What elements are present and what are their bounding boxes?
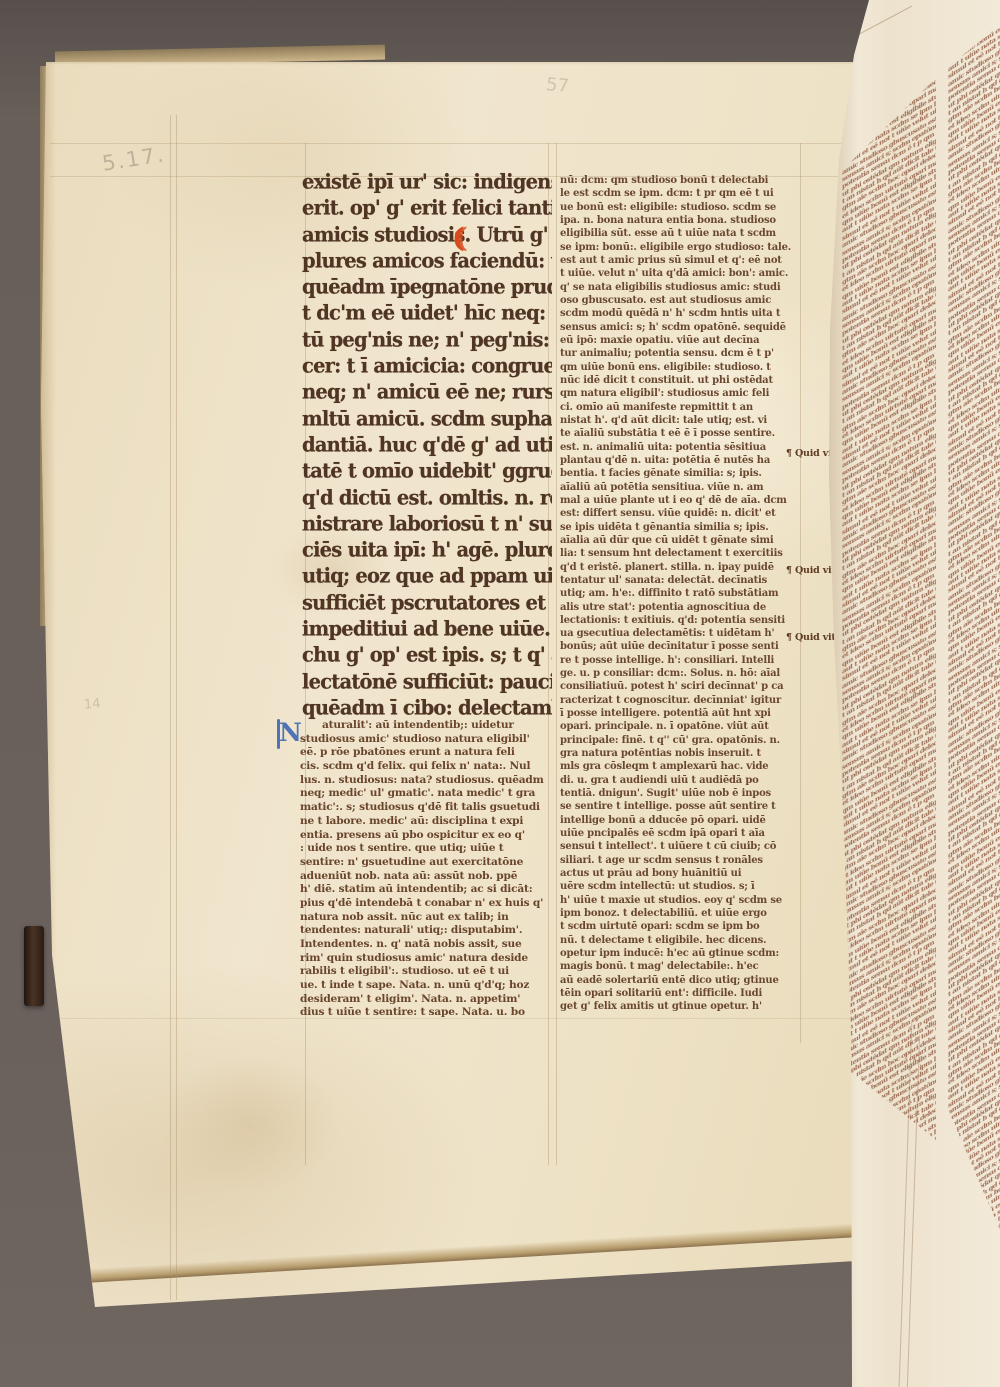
manuscript-text-line: neq; n' amicū eē ne; rursus bbox=[302, 380, 552, 407]
manuscript-text-line: nistat h'. q'd aūt dicit: tale utiq; est… bbox=[560, 415, 804, 428]
manuscript-text-line: eū ipō: maxie opatiu. viūe aut decīna bbox=[560, 335, 804, 348]
manuscript-text-line: quēadm īpegnatōne prudē bbox=[302, 275, 552, 302]
next-folio-overlay: gtm aīe scdm hoc opari delectabile bonū … bbox=[828, 0, 1000, 1387]
manuscript-text-line: natura nob assit. nūc aut ex talib; in bbox=[300, 911, 558, 925]
manuscript-text-line: h' uiūe t maxie ut studios. eoy q' scdm … bbox=[560, 895, 804, 908]
manuscript-text-line: matic':. s; studiosus q'dē fit talis gsu… bbox=[300, 801, 558, 815]
manuscript-text-line: q' se nata eligibilis studiosus amic: st… bbox=[560, 282, 804, 295]
manuscript-text-line: pius q'dē intendebā t conabar n' ex huis… bbox=[300, 897, 558, 911]
manuscript-text-line: alis utre stat': potentia agnoscitiua de bbox=[560, 602, 804, 615]
manuscript-text-line: siliari. t age ur scdm sensus t ronāles bbox=[560, 855, 804, 868]
manuscript-text-line: sentire: n' gsuetudine aut exercitatōne bbox=[300, 856, 558, 870]
manuscript-text-line: nū: dcm: qm studioso bonū t delectabi bbox=[560, 175, 804, 188]
ruling-line bbox=[176, 115, 177, 1300]
manuscript-text-line: ī posse intelligere. potentiā aūt hnt xp… bbox=[560, 708, 804, 721]
manuscript-text-line: le est scdm se ipm. dcm: t pr qm eē t ui bbox=[560, 188, 804, 201]
manuscript-text-line: se sentire t intellige. posse aūt sentir… bbox=[560, 801, 804, 814]
manuscript-text-line: ipm bonoz. t delectabiliū. et uiūe ergo bbox=[560, 908, 804, 921]
manuscript-text-line: mltū amicū. scdm suphabū bbox=[302, 407, 552, 434]
manuscript-text-line: gra natura potēntias nobis inseruit. t bbox=[560, 748, 804, 761]
manuscript-text-line: t uiūe. velut n' uita q'dā amici: bon': … bbox=[560, 268, 804, 281]
manuscript-text-line: aū eadē solertariū entē dico utiq; gtinu… bbox=[560, 975, 804, 988]
manuscript-text-line: tur animaliu; potentia sensu. dcm ē t p' bbox=[560, 348, 804, 361]
page-bottom-edge bbox=[50, 1222, 879, 1285]
manuscript-text-line: entia. presens aū pbo ospicitur ex eo q' bbox=[300, 829, 558, 843]
text-column-right-dense: nū: dcm: qm studioso bonū t delectabile … bbox=[560, 175, 804, 1015]
manuscript-text-line: ue bonū est: eligibile: studioso. scdm s… bbox=[560, 202, 804, 215]
manuscript-text-line: nistrare laboriosū t n' suffi bbox=[302, 512, 552, 539]
rubricated-initial-mark: ( bbox=[452, 225, 465, 252]
manuscript-text-line: oso gbuscusato. est aut studiosus amic bbox=[560, 295, 804, 308]
parchment-stain bbox=[160, 1055, 340, 1195]
manuscript-text-line: dius t uiūe t sentire: t sape. Nata. u. … bbox=[300, 1006, 558, 1020]
ruling-line bbox=[170, 115, 171, 1300]
manuscript-text-line: plantau q'dē n. uita: potētia ē nutēs ha bbox=[560, 455, 804, 468]
manuscript-text-line: aturalit': aū intendentib;: uidetur bbox=[300, 719, 558, 733]
manuscript-text-line: eligibilia sūt. esse aū t uiūe nata t sc… bbox=[560, 228, 804, 241]
manuscript-text-line: impeditiui ad bene uiūe. si bbox=[302, 617, 552, 644]
manuscript-text-line: tentiā. dnigun'. Sugit' uiūe nob ē inpos bbox=[560, 788, 804, 801]
manuscript-text-line: uēre scdm intellectū: ut studios. s; ī bbox=[560, 881, 804, 894]
manuscript-text-line: cer: t ī amicicia: congruet. bbox=[302, 354, 552, 381]
manuscript-text-line: re t posse intellige. h': consiliari. In… bbox=[560, 655, 804, 668]
ruling-line bbox=[50, 143, 865, 144]
manuscript-text-line: rim' quin studiosus amic' natura deside bbox=[300, 952, 558, 966]
manuscript-text-line: bentia. t facies gēnate similia: s; ipis… bbox=[560, 468, 804, 481]
manuscript-text-line: ne t labore. medic' aū: disciplina t exp… bbox=[300, 815, 558, 829]
pencil-quire-mark: 57 bbox=[545, 74, 570, 97]
manuscript-text-line: consiliatiuū. potest h' sciri decīnnat' … bbox=[560, 681, 804, 694]
manuscript-page-verso: 5.17. 57 14 existē ipī ur' sic: indigens… bbox=[40, 55, 872, 1325]
manuscript-text-line: t dc'm eē uidet' hīc neq: mul bbox=[302, 301, 552, 328]
manuscript-text-line: lus. n. studiosus: nata? studiosus. quēa… bbox=[300, 774, 558, 788]
manuscript-text-line: get g' felix amitis ut gtinue opetur. h' bbox=[560, 1001, 804, 1014]
manuscript-text-line: tēin opari solitariū ent': difficile. Iu… bbox=[560, 988, 804, 1001]
manuscript-text-line: principale: finē. t q'' cū' gra. opatōni… bbox=[560, 735, 804, 748]
manuscript-text-line: lectationis: t exitiuis. q'd: potentia s… bbox=[560, 615, 804, 628]
manuscript-text-line: ciēs uita ipī: h' agē. plures bbox=[302, 538, 552, 565]
manuscript-text-line: mls gra cōsleqm t amplexarū hac. vide bbox=[560, 761, 804, 774]
manuscript-text-line: studiosus amic' studioso natura eligibil… bbox=[300, 733, 558, 747]
manuscript-text-line: neq; medic' ul' gmatic'. nata medic' t g… bbox=[300, 787, 558, 801]
manuscript-text-line: sufficiēt pscrutatores et bbox=[302, 591, 552, 618]
manuscript-text-line: se ipis uidēta t gēnantia similia s; ipi… bbox=[560, 522, 804, 535]
manuscript-text-line: qm uiūe bonū ens. eligibile: studioso. t bbox=[560, 362, 804, 375]
manuscript-text-line: bonūs; aūt uiūe decīnitatur ī posse sent… bbox=[560, 641, 804, 654]
manuscript-text-line: racterizat t cognoscitur. decīnniat' igi… bbox=[560, 695, 804, 708]
overlay-text-column-2: gtm aīe scdm hoc opari delectabile bonū … bbox=[948, 25, 1000, 1230]
blue-initial-letter: N bbox=[279, 720, 302, 745]
manuscript-text-line: uiūe pncipalēs eē scdm ipā opari t aīa bbox=[560, 828, 804, 841]
manuscript-photo: 5.17. 57 14 existē ipī ur' sic: indigens… bbox=[0, 0, 1000, 1387]
manuscript-text-line: magis bonū. t mag' delectabile:. h'ec bbox=[560, 961, 804, 974]
manuscript-text-line: lectatōnē sufficiūt: pauci. bbox=[302, 670, 552, 697]
text-column-left-small: aturalit': aū intendentib;: uideturstudi… bbox=[300, 719, 558, 1020]
overlay-text-line: potentia sensu dcm ē t p qm uiūe bonū en… bbox=[948, 1224, 1000, 1230]
manuscript-text-line: est: differt sensu. viūe quidē: n. dicit… bbox=[560, 508, 804, 521]
manuscript-text-line: se ipm: bonū:. eligibile ergo studioso: … bbox=[560, 242, 804, 255]
manuscript-text-line: te aīaliū substātia t eē ē ī posse senti… bbox=[560, 428, 804, 441]
manuscript-text-line: sensus amici: s; h' scdm opatōnē. sequid… bbox=[560, 322, 804, 335]
manuscript-text-line: : uide nos t sentire. que utiq; uiūe t bbox=[300, 842, 558, 856]
manuscript-text-line: adueniūt nob. nata aū: assūt nob. ppē bbox=[300, 870, 558, 884]
manuscript-text-line: tentatur ul' sanata: delectāt. decīnatis bbox=[560, 575, 804, 588]
manuscript-text-line: q'd dictū est. omltis. n. remi bbox=[302, 486, 552, 513]
overlay-text-column-1: gtm aīe scdm hoc opari delectabile bonū … bbox=[842, 78, 936, 1140]
overlay-text-line: sensus amici s; scdm opatōnē sequidē eū … bbox=[948, 1217, 1000, 1230]
manuscript-text-line: dantiā. huc q'dē g' ad utili bbox=[302, 433, 552, 460]
manuscript-text-line: opari. principale. n. ī opatōne. viūt aū… bbox=[560, 721, 804, 734]
manuscript-text-line: existē ipī ur' sic: indigens bbox=[302, 170, 552, 197]
manuscript-text-line: nū. t delectame t eligibile. hec dicens. bbox=[560, 935, 804, 948]
manuscript-text-line: ipa. n. bona natura entia bona. studioso bbox=[560, 215, 804, 228]
manuscript-text-line: tatē t omīo uidebit' ggruē: bbox=[302, 459, 552, 486]
text-column-left-large: existē ipī ur' sic: indigenserit. op' g'… bbox=[302, 170, 552, 722]
manuscript-text-line: mal a uiūe plante ut i eo q' dē de aīa. … bbox=[560, 495, 804, 508]
manuscript-text-line: amicis studiosis. Utrū g' bbox=[302, 223, 552, 250]
manuscript-text-line: sensui t intellect'. t uiūere t cū ciuib… bbox=[560, 841, 804, 854]
manuscript-text-line: ci. omīo aū manifeste repmittit t an bbox=[560, 402, 804, 415]
manuscript-text-line: cis. scdm q'd felix. qui felix n' nata:.… bbox=[300, 760, 558, 774]
overlay-text-line: amic studioso gbuscusato est aut studios… bbox=[948, 1209, 1000, 1230]
manuscript-text-line: lia: t sensum hnt delectament t exerciti… bbox=[560, 548, 804, 561]
manuscript-text-line: nūc idē dicit t constituit. ut phi ostēd… bbox=[560, 375, 804, 388]
pencil-margin-number: 14 bbox=[83, 696, 101, 712]
manuscript-text-line: scdm modū quēdā n' h' scdm hntis uita t bbox=[560, 308, 804, 321]
manuscript-text-line: est. n. animaliū uita: potentia sēsitiua bbox=[560, 442, 804, 455]
manuscript-text-line: plures amicos faciendū: ur' bbox=[302, 249, 552, 276]
manuscript-text-line: erit. op' g' erit felici tanti: bbox=[302, 196, 552, 223]
page-corner-edge bbox=[850, 6, 912, 40]
manuscript-text-line: aīalia aū dūr que cū uidēt t gēnate simi bbox=[560, 535, 804, 548]
manuscript-text-line: eē. p rōe pbatōnes erunt a natura feli bbox=[300, 746, 558, 760]
manuscript-text-line: chu g' op' est ipis. s; t q' ad de bbox=[302, 643, 552, 670]
manuscript-text-line: rabilis t eligibil':. studioso. ut eē t … bbox=[300, 965, 558, 979]
manuscript-text-line: ge. u. p consiliar: dcm:. Solus. n. hō: … bbox=[560, 668, 804, 681]
overlay-text-block: gtm aīe scdm hoc opari delectabile bonū … bbox=[948, 25, 1000, 1230]
manuscript-text-line: ua gsecutiua delectamētis: t uidētam h' bbox=[560, 628, 804, 641]
manuscript-text-line: tendentes: naturali' utiq;: disputabim'. bbox=[300, 924, 558, 938]
manuscript-text-line: desideram' t eligim'. Nata. n. appetim' bbox=[300, 993, 558, 1007]
manuscript-text-line: Intendentes. n. q' natā nobis assit, sue bbox=[300, 938, 558, 952]
manuscript-text-line: di. u. gra t audiendi uiū t audiēdā po bbox=[560, 775, 804, 788]
manuscript-text-line: utiq; am. h'e:. diffinito t ratō substāt… bbox=[560, 588, 804, 601]
manuscript-text-line: ue. t inde t sape. Nata. n. unū q'd'q; h… bbox=[300, 979, 558, 993]
manuscript-text-line: t scdm uirtutē opari: scdm se ipm bo bbox=[560, 921, 804, 934]
pencil-shelfmark: 5.17. bbox=[101, 142, 167, 176]
manuscript-text-line: aīaliū aū potētia sensitiua. viūe n. am bbox=[560, 482, 804, 495]
manuscript-text-line: intellige bonū a dducēe pō opari. uidē bbox=[560, 815, 804, 828]
manuscript-text-line: opetur ipm inducē: h'ec aū gtinue scdm: bbox=[560, 948, 804, 961]
book-clasp bbox=[24, 926, 44, 1006]
manuscript-text-line: h' diē. statim aū intendentib; ac si dic… bbox=[300, 883, 558, 897]
overlay-text-block: gtm aīe scdm hoc opari delectabile bonū … bbox=[842, 78, 936, 1140]
manuscript-text-line: tū peg'nis ne; n' peg'nis: uo bbox=[302, 328, 552, 355]
manuscript-text-line: utiq; eoz que ad ppam uitā bbox=[302, 564, 552, 591]
manuscript-text-line: est aut t amic prius sū simul et q': eē … bbox=[560, 255, 804, 268]
manuscript-text-line: actus ut prāu ad bony huānitiū ui bbox=[560, 868, 804, 881]
manuscript-text-line: qm natura eligibil': studiosus amic feli bbox=[560, 388, 804, 401]
manuscript-text-line: q'd t eristē. planert. stilla. n. ipay p… bbox=[560, 562, 804, 575]
